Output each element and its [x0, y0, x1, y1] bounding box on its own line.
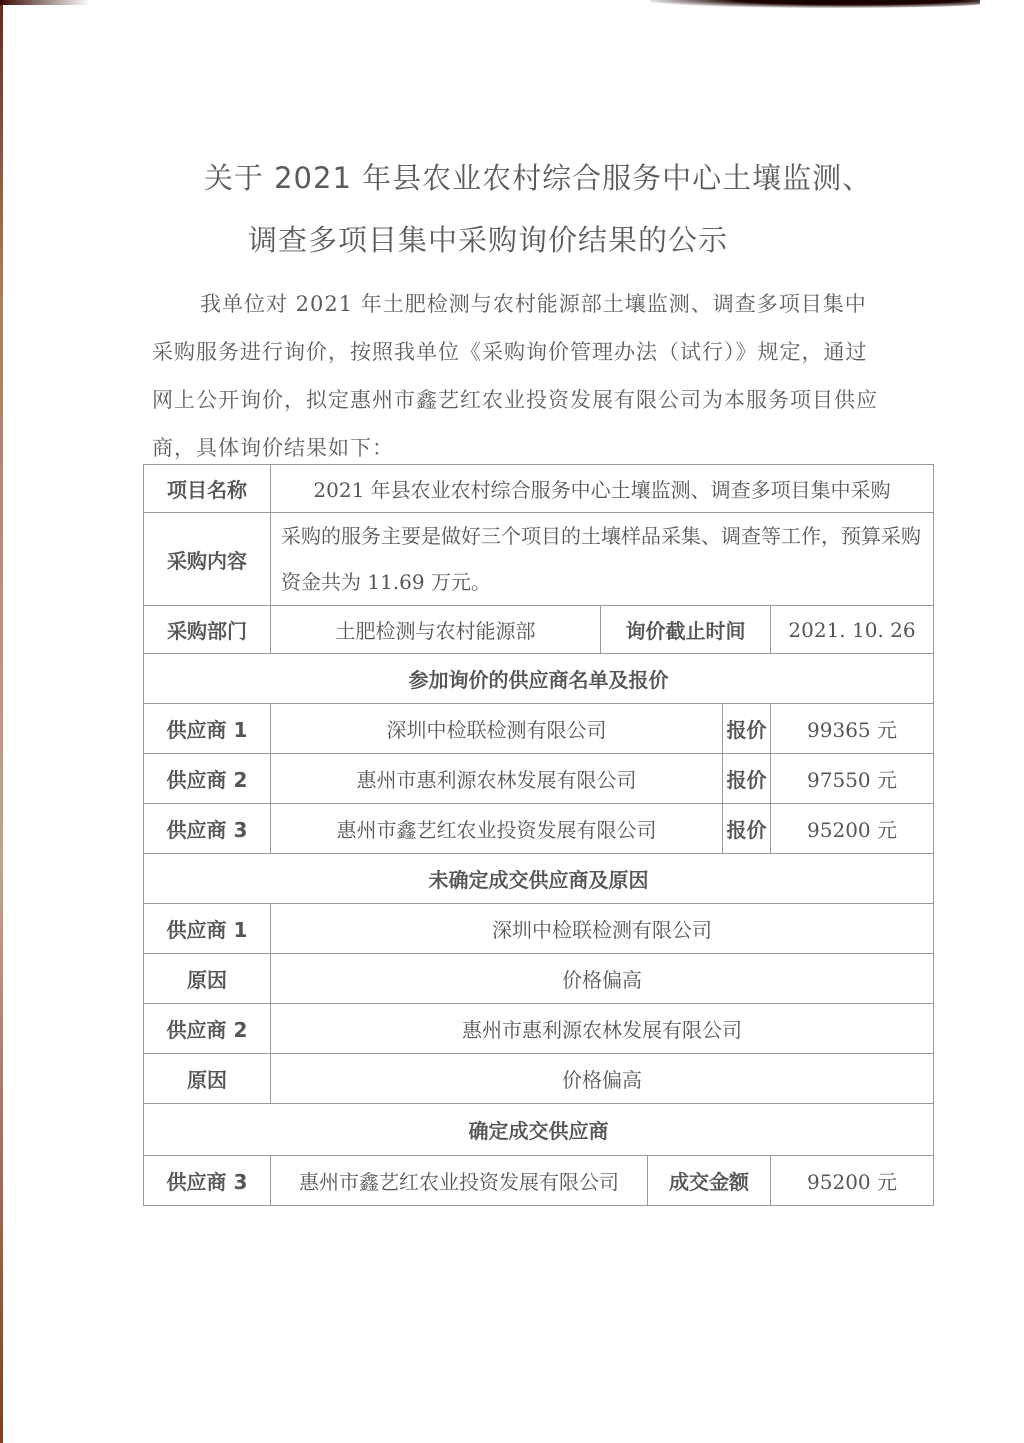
section-quotes-heading: 参加询价的供应商名单及报价	[144, 654, 934, 704]
photo-shadow-top-right	[650, 0, 980, 8]
quote-supplier-name: 深圳中检联检测有限公司	[271, 704, 723, 754]
quote-price-label: 报价	[723, 754, 771, 804]
content-label: 采购内容	[144, 513, 271, 606]
quote-row: 供应商 2 惠州市惠利源农林发展有限公司 报价 97550 元	[144, 754, 934, 804]
rejected-supplier-name: 惠州市惠利源农林发展有限公司	[271, 1004, 934, 1054]
quote-row: 供应商 1 深圳中检联检测有限公司 报价 99365 元	[144, 704, 934, 754]
winner-amount-label: 成交金额	[648, 1156, 771, 1206]
rejected-supplier-row: 供应商 2 惠州市惠利源农林发展有限公司	[144, 1004, 934, 1054]
winner-supplier-label: 供应商 3	[144, 1156, 271, 1206]
deadline-label: 询价截止时间	[601, 606, 771, 654]
dept-row: 采购部门 土肥检测与农村能源部 询价截止时间 2021. 10. 26	[144, 606, 934, 654]
rejected-supplier-label: 供应商 2	[144, 1004, 271, 1054]
winner-supplier-name: 惠州市鑫艺红农业投资发展有限公司	[271, 1156, 648, 1206]
quote-price: 95200 元	[771, 804, 934, 854]
section-rejected-heading: 未确定成交供应商及原因	[144, 854, 934, 904]
quote-supplier-label: 供应商 2	[144, 754, 271, 804]
document-title-line-1: 关于 2021 年县农业农村综合服务中心土壤监测、	[26, 156, 1024, 197]
rejected-reason-label: 原因	[144, 954, 271, 1004]
section-winner-heading: 确定成交供应商	[144, 1104, 934, 1156]
document-title-line-2: 调查多项目集中采购询价结果的公示	[0, 218, 1000, 259]
project-name-row: 项目名称 2021 年县农业农村综合服务中心土壤监测、调查多项目集中采购	[144, 465, 934, 513]
photo-edge-left	[0, 0, 3, 1443]
project-name-label: 项目名称	[144, 465, 271, 513]
rejected-reason: 价格偏高	[271, 1054, 934, 1104]
dept-label: 采购部门	[144, 606, 271, 654]
winner-amount: 95200 元	[771, 1156, 934, 1206]
quote-price-label: 报价	[723, 804, 771, 854]
rejected-reason-row: 原因 价格偏高	[144, 954, 934, 1004]
rejected-supplier-label: 供应商 1	[144, 904, 271, 954]
quote-supplier-label: 供应商 3	[144, 804, 271, 854]
rejected-reason-label: 原因	[144, 1054, 271, 1104]
deadline-value: 2021. 10. 26	[771, 606, 934, 654]
rejected-supplier-name: 深圳中检联检测有限公司	[271, 904, 934, 954]
section-winner-row: 确定成交供应商	[144, 1104, 934, 1156]
quote-price: 97550 元	[771, 754, 934, 804]
photo-shadow-top-left	[0, 0, 90, 5]
rejected-reason-row: 原因 价格偏高	[144, 1054, 934, 1104]
content-row: 采购内容 采购的服务主要是做好三个项目的土壤样品采集、调查等工作，预算采购资金共…	[144, 513, 934, 606]
quote-row: 供应商 3 惠州市鑫艺红农业投资发展有限公司 报价 95200 元	[144, 804, 934, 854]
intro-paragraph: 我单位对 2021 年土肥检测与农村能源部土壤监测、调查多项目集中采购服务进行询…	[152, 280, 878, 472]
section-rejected-row: 未确定成交供应商及原因	[144, 854, 934, 904]
winner-row: 供应商 3 惠州市鑫艺红农业投资发展有限公司 成交金额 95200 元	[144, 1156, 934, 1206]
results-table: 项目名称 2021 年县农业农村综合服务中心土壤监测、调查多项目集中采购 采购内…	[143, 464, 934, 1206]
quote-supplier-name: 惠州市惠利源农林发展有限公司	[271, 754, 723, 804]
rejected-reason: 价格偏高	[271, 954, 934, 1004]
project-name-value: 2021 年县农业农村综合服务中心土壤监测、调查多项目集中采购	[271, 465, 934, 513]
intro-paragraph-text: 我单位对 2021 年土肥检测与农村能源部土壤监测、调查多项目集中采购服务进行询…	[152, 292, 878, 460]
rejected-supplier-row: 供应商 1 深圳中检联检测有限公司	[144, 904, 934, 954]
section-quotes-row: 参加询价的供应商名单及报价	[144, 654, 934, 704]
quote-price: 99365 元	[771, 704, 934, 754]
dept-value: 土肥检测与农村能源部	[271, 606, 601, 654]
content-value: 采购的服务主要是做好三个项目的土壤样品采集、调查等工作，预算采购资金共为 11.…	[271, 513, 934, 606]
quote-supplier-name: 惠州市鑫艺红农业投资发展有限公司	[271, 804, 723, 854]
quote-price-label: 报价	[723, 704, 771, 754]
quote-supplier-label: 供应商 1	[144, 704, 271, 754]
